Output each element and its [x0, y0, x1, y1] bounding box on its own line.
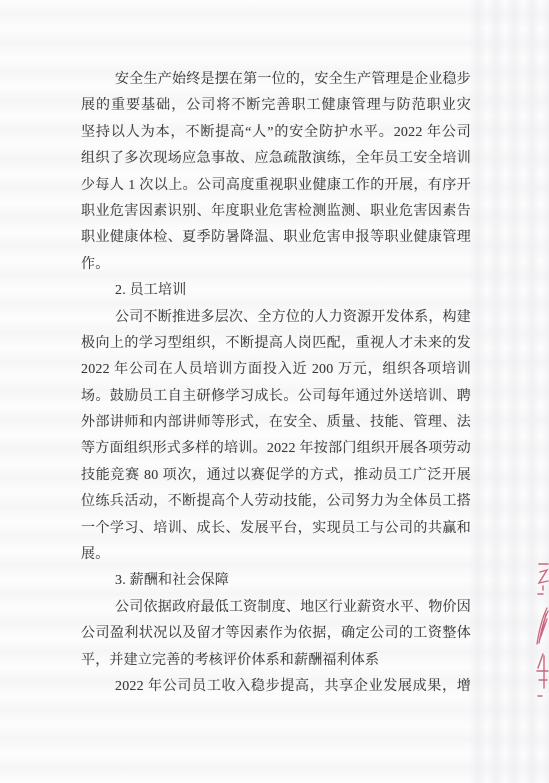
text-line: 2022 年公司在人员培训方面投入近 200 万元，组织各项培训 220 — [81, 357, 471, 383]
text-line: 极向上的学习型组织，不断提高人岗匹配，重视人才未来的发展。 — [81, 331, 471, 357]
text-line: 职业健康体检、夏季防暑降温、职业危害申报等职业健康管理工 — [81, 225, 471, 251]
paragraph-compensation-basis: 公司依据政府最低工资制度、地区行业薪资水平、物价因素公司盈利状况以及留才等因素作… — [81, 595, 471, 674]
text-line: 等方面组织形式多样的培训。2022 年按部门组织开展各项劳动 — [81, 436, 471, 462]
text-line: 2. 员工培训 — [81, 278, 471, 304]
text-line: 坚持以人为本，不断提高“人”的安全防护水平。2022 年公司 — [81, 120, 471, 146]
paragraph-income-growth: 2022 年公司员工收入稳步提高，共享企业发展成果，增强 — [81, 674, 471, 700]
document-page: 安全生产始终是摆在第一位的，安全生产管理是企业稳步发展的重要基础，公司将不断完善… — [0, 0, 549, 783]
red-handwriting-mark-bottom — [537, 654, 548, 696]
red-handwriting-mark-top — [538, 564, 548, 594]
text-line: 外部讲师和内部讲师等形式，在安全、质量、技能、管理、法律 — [81, 410, 471, 436]
text-line: 一个学习、培训、成长、发展平台，实现员工与公司的共赢和发 — [81, 516, 471, 542]
text-line: 场。鼓励员工自主研修学习成长。公司每年通过外送培训、聘请 — [81, 384, 471, 410]
text-line: 公司盈利状况以及留才等因素作为依据，确定公司的工资整体水 — [81, 621, 471, 647]
section-heading-compensation-social-security: 3. 薪酬和社会保障 — [81, 568, 471, 594]
text-line: 3. 薪酬和社会保障 — [81, 568, 471, 594]
text-line: 公司依据政府最低工资制度、地区行业薪资水平、物价因素 — [81, 595, 471, 621]
text-line: 组织了多次现场应急事故、应急疏散演练，全年员工安全培训至 — [81, 146, 471, 172]
text-line: 安全生产始终是摆在第一位的，安全生产管理是企业稳步发 — [81, 67, 471, 93]
text-line: 技能竞赛 80 项次，通过以赛促学的方式，推动员工广泛开展岗 — [81, 463, 471, 489]
red-handwriting-mark-middle — [537, 608, 548, 644]
text-line: 公司不断推进多层次、全方位的人力资源开发体系，构建积 — [81, 305, 471, 331]
text-line: 职业危害因素识别、年度职业危害检测监测、职业危害因素告知、 — [81, 199, 471, 225]
paragraph-employee-training: 公司不断推进多层次、全方位的人力资源开发体系，构建积极向上的学习型组织，不断提高… — [81, 305, 471, 569]
section-heading-employee-training: 2. 员工培训 — [81, 278, 471, 304]
text-line: 位练兵活动，不断提高个人劳动技能，公司努力为全体员工搭建 — [81, 489, 471, 515]
text-line: 少每人 1 次以上。公司高度重视职业健康工作的开展，有序开展 — [81, 173, 471, 199]
paragraph-safety-production: 安全生产始终是摆在第一位的，安全生产管理是企业稳步发展的重要基础，公司将不断完善… — [81, 67, 471, 278]
text-line: 展的重要基础，公司将不断完善职工健康管理与防范职业灾害。 — [81, 93, 471, 119]
text-line: 平，并建立完善的考核评价体系和薪酬福利体系 — [81, 648, 471, 674]
text-line: 作。 — [81, 252, 471, 278]
text-line: 展。 — [81, 542, 471, 568]
text-line: 2022 年公司员工收入稳步提高，共享企业发展成果，增强 — [81, 674, 471, 700]
red-ink-annotations — [529, 556, 549, 706]
document-body: 安全生产始终是摆在第一位的，安全生产管理是企业稳步发展的重要基础，公司将不断完善… — [81, 67, 471, 700]
